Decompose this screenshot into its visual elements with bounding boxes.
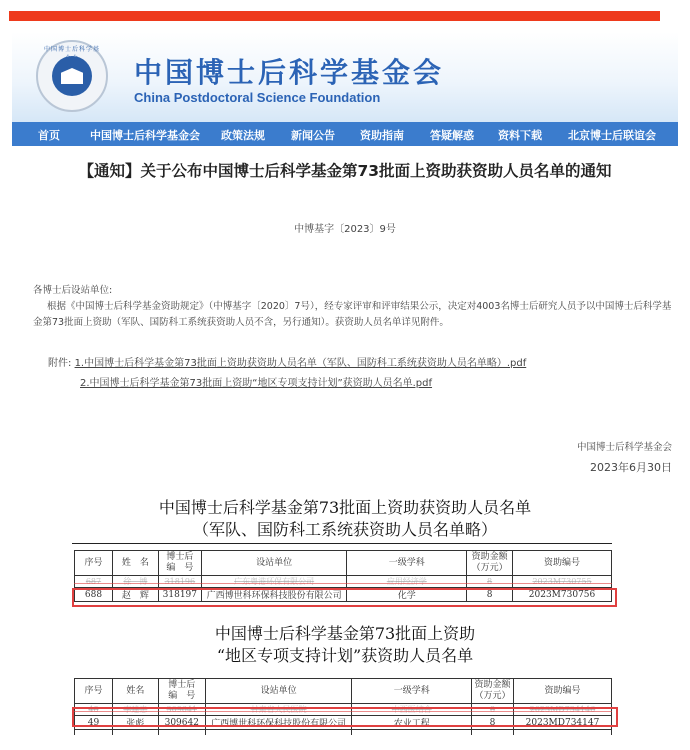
foundation-logo-icon[interactable]: 中国博士后科学基金会 [36,40,108,112]
list1-title: 中国博士后科学基金第73批面上资助获资助人员名单 （军队、国防科工系统获资助人员… [0,497,690,541]
cell [352,730,472,736]
list1-title-line1: 中国博士后科学基金第73批面上资助获资助人员名单 [0,497,690,519]
table-header-row: 序号 姓名 博士后编 号 设站单位 一级学科 资助金额（万元） 资助编号 [75,679,612,704]
cell: 广东粤港环保有限公司 [201,576,347,588]
notice-title: 【通知】关于公布中国博士后科学基金第73批面上资助获资助人员名单的通知 [0,159,690,181]
signoff-org: 中国博士后科学基金会 [577,438,672,458]
col-header-discipline: 一级学科 [352,679,472,704]
col-header-postdoc-no: 博士后编 号 [158,551,201,576]
highlight-box [72,588,617,607]
col-header-index: 序号 [75,551,113,576]
cell [75,730,113,736]
header-line: 编 号 [159,691,205,702]
table-row-blurred: 687 徐 博 318196 广东粤港环保有限公司 应用经济学 8 2023M7… [75,576,612,588]
accent-bar [9,11,660,21]
cell [472,730,514,736]
cell [205,730,352,736]
header-line: 资助金额 [467,552,512,563]
nav-item-policy[interactable]: 政策法规 [221,127,265,143]
header-line: 博士后 [159,680,205,691]
cell [514,730,612,736]
cell: 徐 博 [112,576,158,588]
cell: 8 [467,576,513,588]
main-nav: 首页 中国博士后科学基金会 政策法规 新闻公告 资助指南 答疑解惑 资料下载 北… [12,122,678,146]
col-header-name: 姓 名 [112,551,158,576]
header-line: 编 号 [159,563,201,574]
site-header: 中国博士后科学基金会 中国博士后科学基金会 China Postdoctoral… [12,32,678,122]
signoff-date: 2023年6月30日 [577,458,672,478]
cell: 687 [75,576,113,588]
col-header-grant-no: 资助编号 [514,679,612,704]
nav-item-downloads[interactable]: 资料下载 [498,127,542,143]
col-header-name: 姓名 [112,679,158,704]
header-line: （万元） [472,691,513,702]
nav-item-funding-guide[interactable]: 资助指南 [360,127,404,143]
org-name-cn[interactable]: 中国博士后科学基金会 [134,51,444,91]
attachments: 附件: 1.中国博士后科学基金第73批面上资助获资助人员名单（军队、国防科工系统… [48,354,526,394]
list1-rule [72,543,612,544]
list1-title-line2: （军队、国防科工系统获资助人员名单略） [0,519,690,541]
doc-number: 中博基字〔2023〕9号 [0,220,690,235]
col-header-station: 设站单位 [201,551,347,576]
header-line: （万元） [467,563,512,574]
nav-item-home[interactable]: 首页 [38,127,60,143]
col-header-amount: 资助金额（万元） [467,551,513,576]
col-header-grant-no: 资助编号 [513,551,612,576]
notice-body: 根据《中国博士后科学基金资助规定》（中博基字〔2020〕7号），经专家评审和评审… [33,299,673,331]
col-header-amount: 资助金额（万元） [472,679,514,704]
nav-item-news[interactable]: 新闻公告 [291,127,335,143]
nav-item-beijing-association[interactable]: 北京博士后联谊会 [568,127,656,143]
list2-title-line1: 中国博士后科学基金第73批面上资助 [0,623,690,645]
org-name-en: China Postdoctoral Science Foundation [134,90,380,105]
header-line: 资助金额 [472,680,513,691]
col-header-index: 序号 [75,679,113,704]
nav-item-faq[interactable]: 答疑解惑 [430,127,474,143]
salutation: 各博士后设站单位: [33,282,112,296]
cell [158,730,205,736]
cell [112,730,158,736]
redaction-line [74,583,612,584]
header-line: 博士后 [159,552,201,563]
col-header-postdoc-no: 博士后编 号 [158,679,205,704]
highlight-box [72,707,618,727]
col-header-discipline: 一级学科 [347,551,467,576]
cell: 应用经济学 [347,576,467,588]
cell: 2023M730755 [513,576,612,588]
attachment-link-1[interactable]: 1.中国博士后科学基金第73批面上资助获资助人员名单（军队、国防科工系统获资助人… [75,358,527,369]
nav-item-foundation[interactable]: 中国博士后科学基金会 [90,127,200,143]
table-header-row: 序号 姓 名 博士后编 号 设站单位 一级学科 资助金额（万元） 资助编号 [75,551,612,576]
list2-title-line2: “地区专项支持计划”获资助人员名单 [0,645,690,667]
signoff: 中国博士后科学基金会 2023年6月30日 [577,438,672,478]
attachment-link-2[interactable]: 2.中国博士后科学基金第73批面上资助“地区专项支持计划”获资助人员名单.pdf [80,378,432,389]
attachments-label: 附件: [48,358,71,369]
col-header-station: 设站单位 [205,679,352,704]
table-row-cut [75,730,612,736]
list2-title: 中国博士后科学基金第73批面上资助 “地区专项支持计划”获资助人员名单 [0,623,690,667]
cell: 318196 [158,576,201,588]
